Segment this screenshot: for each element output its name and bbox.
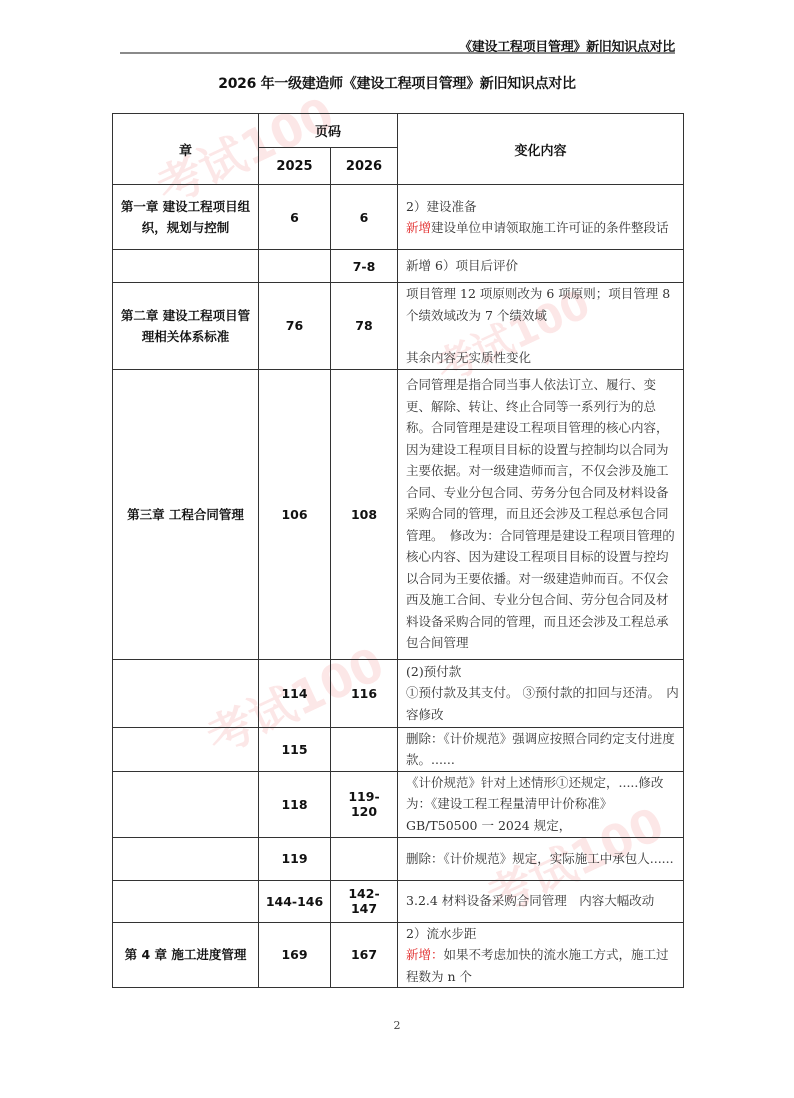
- cell-page-2025: 115: [259, 727, 331, 771]
- change-text: (2)预付款: [406, 664, 461, 679]
- table-row: 144-146142-1473.2.4 材料设备采购合同管理 内容大幅改动: [113, 880, 684, 922]
- change-text: 其余内容无实质性变化: [406, 350, 531, 365]
- cell-changes: 3.2.4 材料设备采购合同管理 内容大幅改动: [398, 880, 684, 922]
- table-row: 114116(2)预付款①预付款及其支付。 ③预付款的扣回与还清。 内容修改: [113, 659, 684, 727]
- comparison-table: 章 页码 变化内容 2025 2026 第一章 建设工程项目组织，规划与控制66…: [112, 113, 684, 988]
- table-row: 第 4 章 施工进度管理1691672）流水步距新增：如果不考虑加快的流水施工方…: [113, 922, 684, 988]
- cell-page-2026: 7-8: [331, 250, 398, 283]
- change-text: 《计价规范》针对上述情形①还规定，.....修改为：《建设工程工程量清甲计价称准…: [406, 775, 663, 833]
- header-rule: [120, 52, 675, 54]
- cell-page-2026: 6: [331, 185, 398, 250]
- change-line: ①预付款及其支付。 ③预付款的扣回与还清。 内容修改: [406, 682, 679, 725]
- cell-page-2026: 78: [331, 283, 398, 370]
- change-line: 3.2.4 材料设备采购合同管理 内容大幅改动: [406, 890, 679, 912]
- cell-chapter: 第一章 建设工程项目组织，规划与控制: [113, 185, 259, 250]
- cell-page-2025: 106: [259, 369, 331, 659]
- cell-page-2026: 119-120: [331, 771, 398, 837]
- table-row: 7-8新增 6）项目后评价: [113, 250, 684, 283]
- table-row: 第一章 建设工程项目组织，规划与控制662）建设准备新增建设单位申请领取施工许可…: [113, 185, 684, 250]
- change-line: 2）建设准备: [406, 196, 679, 218]
- change-line: 新增：如果不考虑加快的流水施工方式，施工过程数为 n 个: [406, 944, 679, 987]
- cell-changes: 合同管理是指合同当事人依法订立、履行、变更、解除、转让、终止合同等一系列行为的总…: [398, 369, 684, 659]
- cell-chapter: 第 4 章 施工进度管理: [113, 922, 259, 988]
- change-text: 合同管理是指合同当事人依法订立、履行、变更、解除、转让、终止合同等一系列行为的总…: [406, 377, 675, 650]
- change-text: 新增 6）项目后评价: [406, 258, 518, 273]
- cell-page-2026: 108: [331, 369, 398, 659]
- cell-page-2025: 169: [259, 922, 331, 988]
- change-text: 删除：《计价规范》规定，实际施工中承包人......: [406, 851, 674, 866]
- change-text: ①预付款及其支付。 ③预付款的扣回与还清。 内容修改: [406, 685, 679, 722]
- cell-page-2026: 142-147: [331, 880, 398, 922]
- header-year-2026: 2026: [331, 148, 398, 185]
- cell-page-2026: [331, 727, 398, 771]
- change-text: 删除：《计价规范》强调应按照合同约定支付进度款。......: [406, 731, 675, 768]
- cell-changes: 新增 6）项目后评价: [398, 250, 684, 283]
- table-row: 119删除：《计价规范》规定，实际施工中承包人......: [113, 837, 684, 880]
- cell-chapter: 第三章 工程合同管理: [113, 369, 259, 659]
- cell-chapter: [113, 250, 259, 283]
- cell-page-2025: [259, 250, 331, 283]
- change-text: 建设单位申请领取施工许可证的条件整段话: [431, 220, 669, 235]
- table-row: 第三章 工程合同管理106108合同管理是指合同当事人依法订立、履行、变更、解除…: [113, 369, 684, 659]
- cell-chapter: [113, 837, 259, 880]
- change-line: 新增建设单位申请领取施工许可证的条件整段话: [406, 217, 679, 239]
- cell-chapter: [113, 880, 259, 922]
- cell-chapter: [113, 727, 259, 771]
- change-line: 删除：《计价规范》强调应按照合同约定支付进度款。......: [406, 728, 679, 771]
- change-text: 如果不考虑加快的流水施工方式，施工过程数为 n 个: [406, 947, 669, 984]
- cell-chapter: [113, 659, 259, 727]
- header-page-group: 页码: [259, 114, 398, 148]
- change-text: 2）流水步距: [406, 926, 476, 941]
- cell-page-2026: 167: [331, 922, 398, 988]
- header-year-2025: 2025: [259, 148, 331, 185]
- page-number: 2: [0, 1019, 794, 1032]
- cell-changes: 删除：《计价规范》规定，实际施工中承包人......: [398, 837, 684, 880]
- cell-changes: 删除：《计价规范》强调应按照合同约定支付进度款。......: [398, 727, 684, 771]
- change-line: 其余内容无实质性变化: [406, 347, 679, 369]
- table-row: 115删除：《计价规范》强调应按照合同约定支付进度款。......: [113, 727, 684, 771]
- change-line: [406, 326, 679, 347]
- cell-page-2025: 144-146: [259, 880, 331, 922]
- change-line: 新增 6）项目后评价: [406, 255, 679, 277]
- cell-changes: 2）建设准备新增建设单位申请领取施工许可证的条件整段话: [398, 185, 684, 250]
- cell-page-2026: [331, 837, 398, 880]
- cell-page-2025: 76: [259, 283, 331, 370]
- cell-changes: (2)预付款①预付款及其支付。 ③预付款的扣回与还清。 内容修改: [398, 659, 684, 727]
- highlight-label: 新增：: [406, 947, 444, 962]
- header-chapter: 章: [113, 114, 259, 185]
- change-line: (2)预付款: [406, 661, 679, 683]
- header-changes: 变化内容: [398, 114, 684, 185]
- cell-changes: 2）流水步距新增：如果不考虑加快的流水施工方式，施工过程数为 n 个: [398, 922, 684, 988]
- cell-page-2025: 114: [259, 659, 331, 727]
- cell-changes: 《计价规范》针对上述情形①还规定，.....修改为：《建设工程工程量清甲计价称准…: [398, 771, 684, 837]
- change-line: 合同管理是指合同当事人依法订立、履行、变更、解除、转让、终止合同等一系列行为的总…: [406, 374, 679, 654]
- cell-page-2026: 116: [331, 659, 398, 727]
- cell-chapter: [113, 771, 259, 837]
- change-line: 删除：《计价规范》规定，实际施工中承包人......: [406, 848, 679, 870]
- highlight-label: 新增: [406, 220, 431, 235]
- cell-changes: 项目管理 12 项原则改为 6 项原则；项目管理 8 个绩效域改为 7 个绩效域…: [398, 283, 684, 370]
- change-line: 《计价规范》针对上述情形①还规定，.....修改为：《建设工程工程量清甲计价称准…: [406, 772, 679, 837]
- cell-page-2025: 6: [259, 185, 331, 250]
- change-line: 项目管理 12 项原则改为 6 项原则；项目管理 8 个绩效域改为 7 个绩效域: [406, 283, 679, 326]
- change-line: 2）流水步距: [406, 923, 679, 945]
- change-text: 项目管理 12 项原则改为 6 项原则；项目管理 8 个绩效域改为 7 个绩效域: [406, 286, 670, 323]
- document-title: 2026 年一级建造师《建设工程项目管理》新旧知识点对比: [0, 73, 794, 93]
- cell-chapter: 第二章 建设工程项目管理相关体系标准: [113, 283, 259, 370]
- cell-page-2025: 119: [259, 837, 331, 880]
- change-text: 2）建设准备: [406, 199, 476, 214]
- table-row: 118119-120《计价规范》针对上述情形①还规定，.....修改为：《建设工…: [113, 771, 684, 837]
- cell-page-2025: 118: [259, 771, 331, 837]
- change-text: 3.2.4 材料设备采购合同管理 内容大幅改动: [406, 893, 654, 908]
- table-row: 第二章 建设工程项目管理相关体系标准7678项目管理 12 项原则改为 6 项原…: [113, 283, 684, 370]
